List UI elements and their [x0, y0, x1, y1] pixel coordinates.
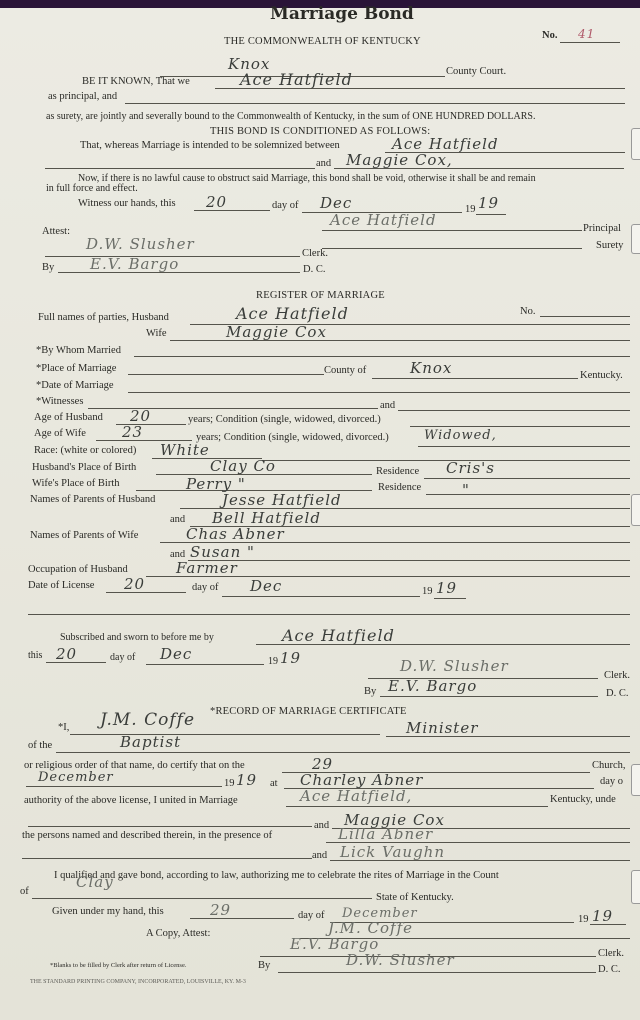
register-county: Knox	[410, 360, 452, 376]
certificate-clerk-label: Clerk.	[598, 948, 624, 960]
certificate-year-suffix: 19	[236, 772, 257, 788]
certificate-month: December	[38, 770, 114, 786]
certificate-county: Clay	[76, 874, 114, 890]
license-day-of-label: day of	[192, 582, 219, 594]
register-by-label: By	[364, 686, 376, 698]
age-husband: 20	[130, 408, 151, 424]
marriage-bond-document: Marriage Bond THE COMMONWEALTH OF KENTUC…	[0, 8, 640, 1020]
sworn-label: Subscribed and sworn to before me by	[60, 632, 214, 644]
sworn-by: Ace Hatfield	[282, 628, 395, 644]
wife-condition: Widowed,	[424, 428, 497, 444]
age-husband-label: Age of Husband	[34, 412, 103, 424]
witness-2: Lick Vaughn	[340, 844, 445, 860]
license-month: Dec	[250, 578, 282, 594]
kentucky-under-label: Kentucky, unde	[550, 794, 616, 806]
witness-and-label: and	[312, 850, 327, 862]
certificate-dc-label: D. C.	[598, 964, 620, 976]
principal-sig-label: Principal	[583, 223, 621, 235]
certificate-day: 29	[312, 756, 333, 772]
by-whom-label: *By Whom Married	[36, 345, 121, 357]
document-subtitle: THE COMMONWEALTH OF KENTUCKY	[224, 36, 421, 48]
occupation: Farmer	[176, 560, 238, 576]
certificate-day-of-label: day o	[600, 776, 623, 788]
bond-clerk-label: Clerk.	[302, 248, 328, 260]
wife-residence: "	[462, 482, 470, 498]
husband-name: Ace Hatfield	[236, 306, 349, 322]
husband-residence: Cris's	[446, 460, 495, 476]
license-year-suffix: 19	[436, 580, 457, 596]
date-label: *Date of Marriage	[36, 380, 114, 392]
number-label: No.	[542, 30, 557, 42]
certificate-at-label: at	[270, 778, 278, 790]
husband-residence-label: Residence	[376, 466, 419, 478]
binder-tab	[631, 764, 640, 796]
bond-number: 41	[578, 26, 595, 42]
given-label: Given under my hand, this	[52, 906, 164, 918]
parent-husband-and-label: and	[170, 514, 185, 526]
certificate-year-prefix: 19	[224, 778, 235, 790]
race-label: Race: (white or colored)	[34, 445, 136, 457]
parents-husband-label: Names of Parents of Husband	[30, 494, 155, 506]
witnesses-and-label: and	[380, 400, 395, 412]
printer-imprint: THE STANDARD PRINTING COMPANY, INCORPORA…	[30, 976, 246, 988]
place-label: *Place of Marriage	[36, 363, 116, 375]
certificate-party-1: Ace Hatfield,	[300, 788, 412, 804]
parent-husband-2: Bell Hatfield	[212, 510, 321, 526]
register-heading: REGISTER OF MARRIAGE	[256, 290, 385, 302]
register-dc-label: D. C.	[606, 688, 628, 700]
parent-husband-1: Jesse Hatfield	[222, 492, 342, 508]
whereas-text: That, whereas Marriage is intended to be…	[80, 140, 340, 152]
sworn-year-prefix: 19	[268, 656, 278, 668]
certificate-clerk-signature: E.V. Bargo	[290, 936, 379, 952]
occupation-label: Occupation of Husband	[28, 564, 128, 576]
church-denomination: Baptist	[120, 734, 181, 750]
attest-label: Attest:	[42, 226, 70, 238]
wife-residence-label: Residence	[378, 482, 421, 494]
be-it-known-label: BE IT KNOWN, That we	[82, 76, 190, 88]
sworn-this-label: this	[28, 650, 42, 662]
parent-wife-1: Chas Abner	[186, 526, 285, 542]
bond-party-2: Maggie Cox,	[346, 152, 453, 168]
witness-label: Witness our hands, this	[78, 198, 176, 210]
state-label: State of Kentucky.	[376, 892, 454, 904]
parent-wife-2: Susan "	[190, 544, 255, 560]
principal-name: Ace Hatfield	[240, 72, 353, 88]
certificate-by-label: By	[258, 960, 270, 972]
bond-dc-signature: E.V. Bargo	[90, 256, 179, 272]
principal-label: as principal, and	[48, 91, 117, 103]
given-year-suffix: 19	[592, 908, 613, 924]
age-wife-label: Age of Wife	[34, 428, 86, 440]
surety-text: as surety, are jointly and severally bou…	[46, 111, 535, 123]
kentucky-label: Kentucky.	[580, 370, 623, 382]
now-text-2: in full force and effect.	[46, 183, 138, 195]
certificate-i-label: *I,	[58, 722, 69, 734]
bond-clerk-signature: D.W. Slusher	[86, 236, 195, 252]
witness-year-prefix: 19	[465, 204, 476, 216]
license-day: 20	[124, 576, 145, 592]
document-title: Marriage Bond	[270, 8, 414, 20]
witness-1: Lilla Abner	[338, 826, 433, 842]
now-text-1: Now, if there is no lawful cause to obst…	[78, 173, 536, 185]
husband-condition-label: years; Condition (single, widowed, divor…	[188, 414, 381, 426]
witness-month: Dec	[320, 195, 352, 211]
license-year-prefix: 19	[422, 586, 433, 598]
wife-birth: Perry "	[186, 476, 246, 492]
wife-birth-label: Wife's Place of Birth	[32, 478, 120, 490]
given-day-of-label: day of	[298, 910, 325, 922]
binder-tab	[631, 870, 640, 904]
minister-title: Minister	[406, 720, 478, 736]
wife-name-label: Wife	[146, 328, 167, 340]
witnesses-label: *Witnesses	[36, 396, 83, 408]
certificate-of-label: of	[20, 886, 29, 898]
footnote: *Blanks to be filled by Clerk after retu…	[50, 960, 186, 972]
sworn-day-of-label: day of	[110, 652, 135, 664]
county-court-label: County Court.	[446, 66, 506, 78]
authority-text: authority of the above license, I united…	[24, 795, 238, 807]
register-clerk-signature: D.W. Slusher	[400, 658, 509, 674]
bond-dc-label: D. C.	[303, 264, 325, 276]
witness-year-suffix: 19	[478, 195, 499, 211]
wife-condition-label: years; Condition (single, widowed, divor…	[196, 432, 389, 444]
qualified-text: I qualified and gave bond, according to …	[54, 870, 499, 882]
witness-day: 20	[206, 194, 227, 210]
sworn-day: 20	[56, 646, 77, 662]
certificate-dc-signature: D.W. Slusher	[346, 952, 455, 968]
given-year-prefix: 19	[578, 914, 589, 926]
husband-birth: Clay Co	[210, 458, 276, 474]
binder-tab	[631, 224, 640, 254]
of-the-label: of the	[28, 740, 52, 752]
principal-signature: Ace Hatfield	[330, 212, 437, 228]
bond-party-1: Ace Hatfield	[392, 136, 499, 152]
bond-and-label: and	[316, 158, 331, 170]
register-no-label: No.	[520, 306, 535, 318]
husband-birth-label: Husband's Place of Birth	[32, 462, 136, 474]
husband-name-label: Full names of parties, Husband	[38, 312, 169, 324]
witness-day-of-label: day of	[272, 200, 299, 212]
given-day: 29	[210, 902, 231, 918]
race: White	[160, 442, 210, 458]
license-label: Date of License	[28, 580, 94, 592]
parents-wife-label: Names of Parents of Wife	[30, 530, 138, 542]
certificate-and-label: and	[314, 820, 329, 832]
age-wife: 23	[122, 424, 143, 440]
minister-name: J.M. Coffe	[100, 712, 195, 728]
sworn-month: Dec	[160, 646, 192, 662]
register-dc-signature: E.V. Bargo	[388, 678, 477, 694]
copy-attest-label: A Copy, Attest:	[146, 928, 210, 940]
binder-tab	[631, 494, 640, 526]
sworn-year-suffix: 19	[280, 650, 301, 666]
wife-name: Maggie Cox	[226, 324, 327, 340]
bond-by-label: By	[42, 262, 54, 274]
church-label: Church,	[592, 760, 626, 772]
certificate-heading: *RECORD OF MARRIAGE CERTIFICATE	[210, 706, 407, 718]
binder-tab	[631, 128, 640, 160]
certificate-place: Charley Abner	[300, 772, 423, 788]
minister-signature: J.M. Coffe	[328, 920, 413, 936]
register-clerk-label: Clerk.	[604, 670, 630, 682]
county-of-label: County of	[324, 365, 366, 377]
surety-sig-label: Surety	[596, 240, 623, 252]
persons-text: the persons named and described therein,…	[22, 830, 272, 842]
